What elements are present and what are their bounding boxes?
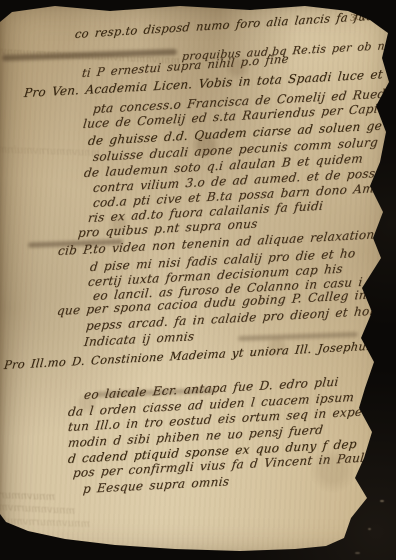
handwriting-line: co resp.to disposd numo foro alia lancis… [74,8,389,41]
ink-smear [2,49,177,61]
paper-fiber [380,500,384,502]
corner-mark: 1. [8,530,15,538]
handwriting-line: Pro Ill.mo D. Constinione Madeima yt uni… [3,335,396,372]
bleedthrough-stroke: mnuvnmurnvmuinmnuvimrnuumnvinmurnmuinvmn… [0,140,100,159]
paper-fiber [368,528,371,530]
bleedthrough-stroke: mnuvnmurnvmuinmnuvimrnuumnvinmurnmuinvmn… [0,513,90,530]
scan-background: 306 co resp.to disposd numo foro alia la… [0,0,396,560]
bleedthrough-stroke: mnuvnmurnvmuinmnuvimrnuumnvinmurnmuinvmn… [0,482,55,503]
manuscript-page: 306 co resp.to disposd numo foro alia la… [0,0,396,560]
manuscript-scan-viewport: { "manuscript": { "page_number": "306", … [0,0,396,560]
paper-fiber [355,552,360,554]
bleedthrough-stroke: mnuvnmurnvmuinmnuvimrnuumnvinmurnmuinvmn… [0,493,75,517]
